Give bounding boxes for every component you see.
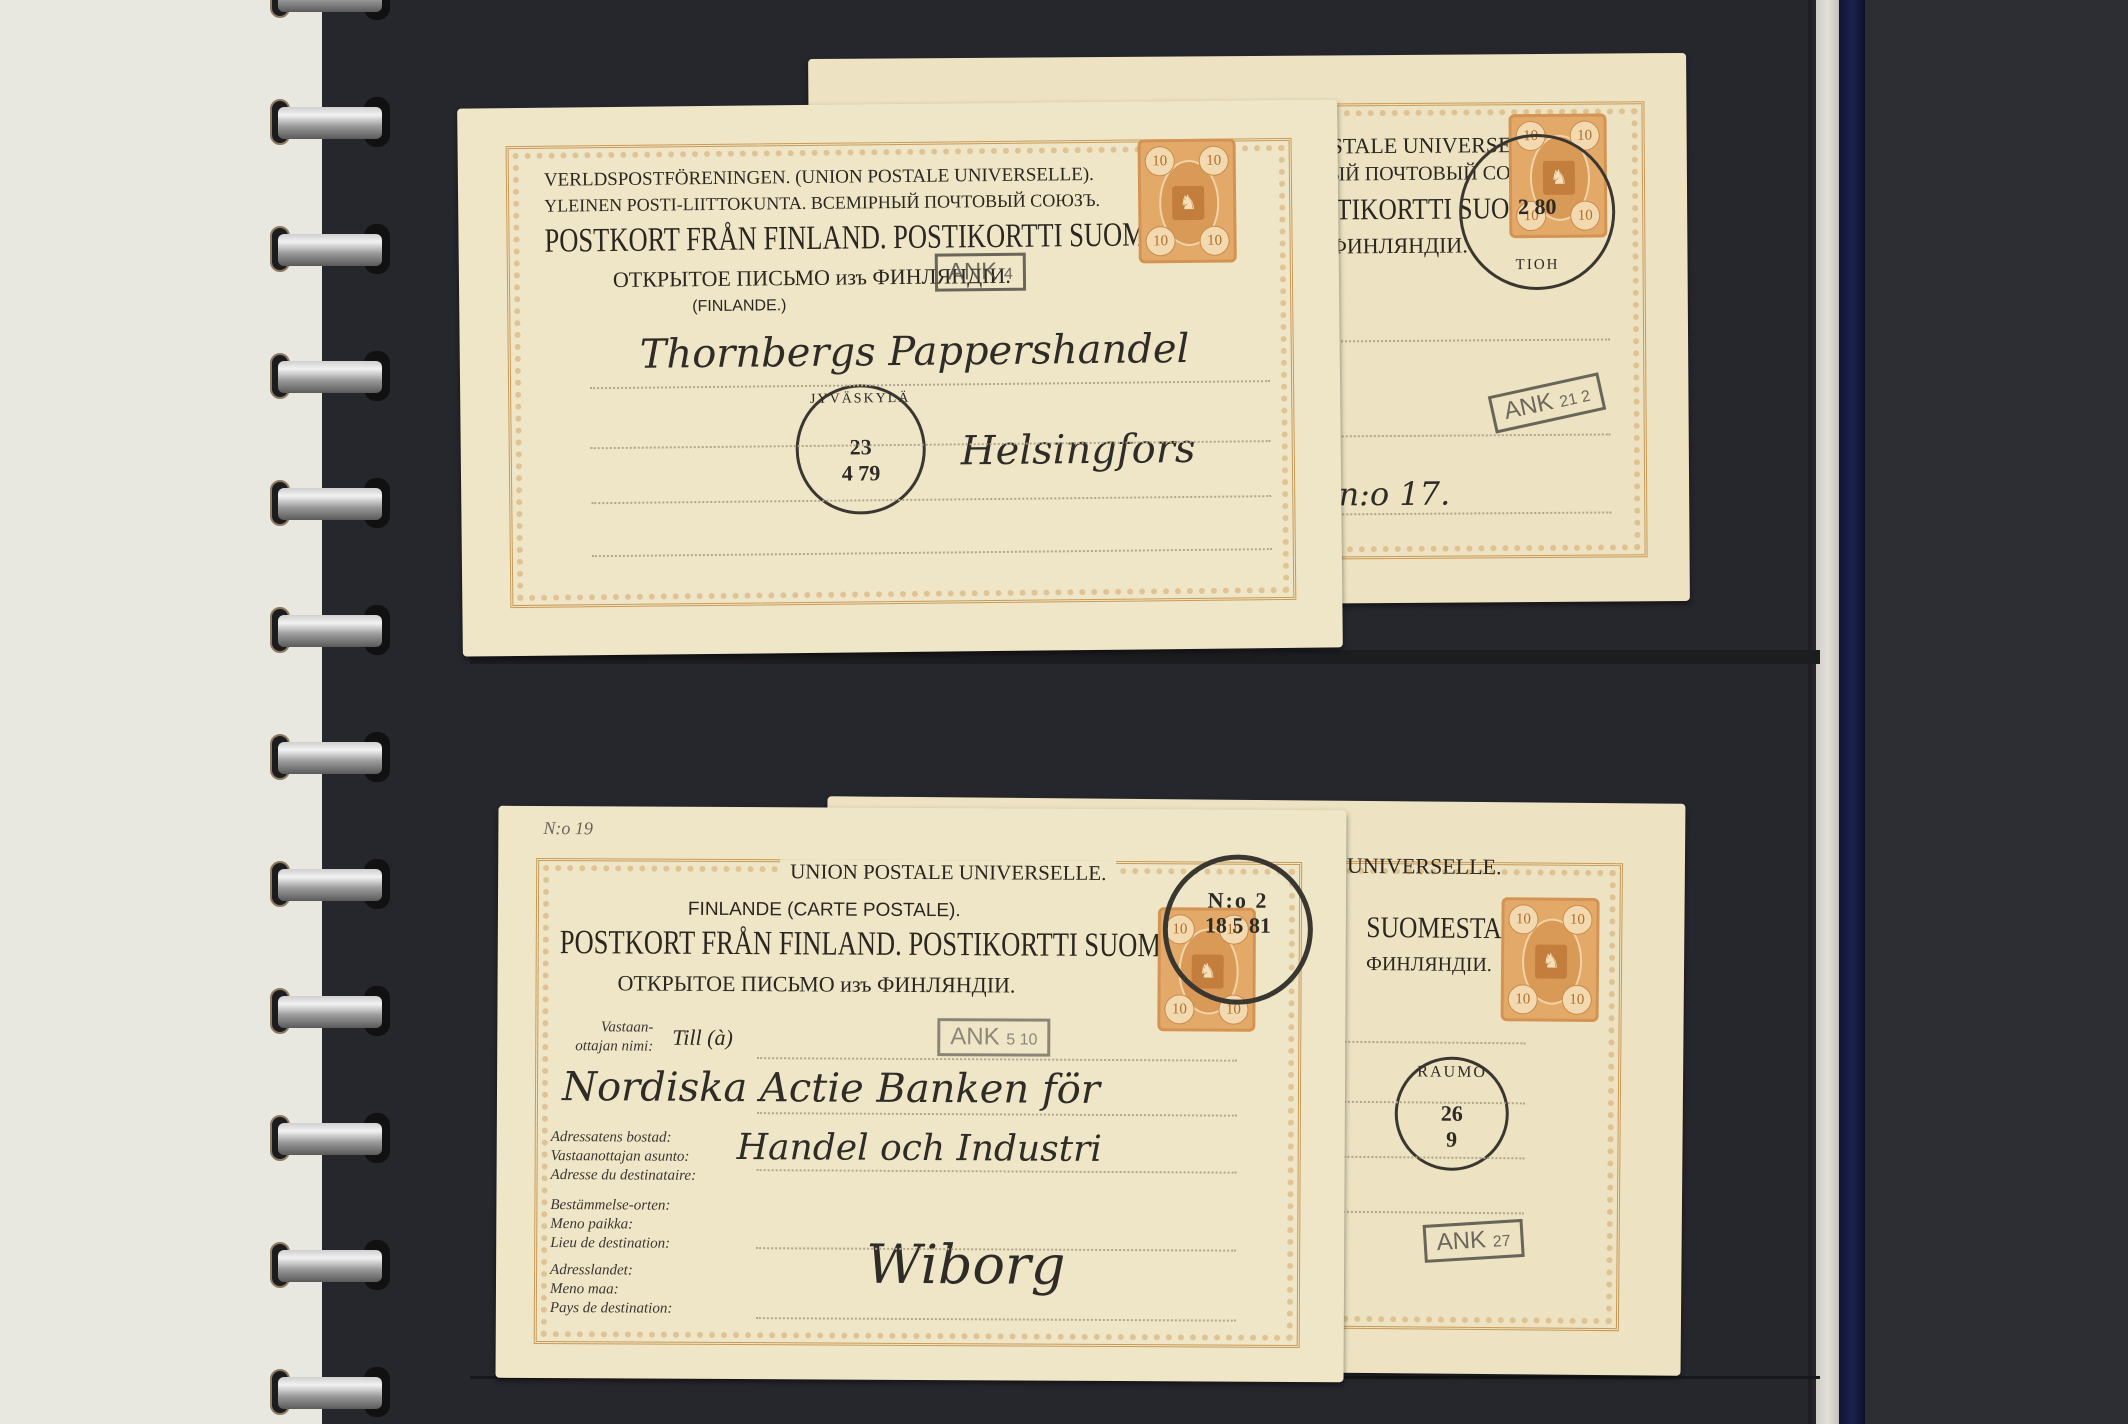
card-header: UNIVERSELLE. <box>1347 853 1502 880</box>
postmark-railway: TIOH 2 80 <box>1459 133 1616 290</box>
card-russian-title: ФИНЛЯНДІИ. <box>1366 953 1492 977</box>
binder-ring <box>270 488 390 522</box>
lion-coat-of-arms-icon: ♞ <box>1172 186 1204 220</box>
album-binding-navy-strip <box>1839 0 1865 1424</box>
binder-ring <box>270 869 390 903</box>
postcard-top-front: VERLDSPOSTFÖRENINGEN. (UNION POSTALE UNI… <box>457 99 1343 656</box>
handwriting-city: Helsingfors <box>961 426 1196 474</box>
address-labels: Adressatens bostad: Vastaanottajan asunt… <box>551 1128 697 1186</box>
card-header-french: FINLANDE (CARTE POSTALE). <box>688 899 961 922</box>
till-label: Till (à) <box>672 1025 733 1051</box>
postcard-bottom-front: N:o 19 UNION POSTALE UNIVERSELLE. FINLAN… <box>496 806 1347 1382</box>
album-cover <box>1865 0 2128 1424</box>
ank-box-mark: ANK 27 <box>1423 1219 1525 1263</box>
handwriting-addressee: Thornbergs Pappershandel <box>640 326 1190 378</box>
corner-note: N:o 19 <box>543 818 593 839</box>
binder-ring <box>270 742 390 776</box>
binder-ring <box>270 1250 390 1284</box>
left-album-page <box>0 0 328 1424</box>
card-title: POSTKORT FRÅN FINLAND. POSTIKORTTI SUOME… <box>560 924 1232 966</box>
destination-labels: Bestämmelse-orten: Meno paikka: Lieu de … <box>550 1196 670 1254</box>
binder-ring <box>270 1377 390 1411</box>
binder-ring <box>270 615 390 649</box>
binder-ring <box>270 1123 390 1157</box>
postmark-railway-postkupe: N:o 2 18 5 81 <box>1162 854 1313 1005</box>
card-subtitle: (FINLANDE.) <box>692 297 786 316</box>
card-title: POSTKORT FRÅN FINLAND. POSTIKORTTI SUOME… <box>544 216 1216 261</box>
lion-coat-of-arms-icon: ♞ <box>1535 944 1567 978</box>
binder-ring <box>270 234 390 268</box>
ank-box-mark: ANK 4 <box>935 253 1026 292</box>
country-labels: Adresslandet: Meno maa: Pays de destinat… <box>550 1261 673 1319</box>
postmark-jyvaskyla: JYVÄSKYLÄ 234 79 <box>795 384 926 515</box>
card-title: SUOMESTA. <box>1366 911 1508 946</box>
handwriting-city: Wiborg <box>866 1233 1066 1297</box>
ank-box-mark: ANK 5 10 <box>937 1018 1050 1057</box>
binder-ring <box>270 996 390 1030</box>
binder-ring <box>270 0 390 14</box>
card-header: UNION POSTALE UNIVERSELLE. <box>780 859 1116 886</box>
handwriting-bank-name: Nordiska Actie Banken för <box>562 1064 1100 1113</box>
binder-ring <box>270 107 390 141</box>
page-edge <box>1808 0 1812 1424</box>
card-russian-title: ФИНЛЯНДІИ. <box>1329 232 1468 259</box>
postmark-raumo: RAUMO 269 <box>1394 1056 1509 1171</box>
recipient-label: Vastaan- ottajan nimi: <box>551 1018 653 1057</box>
postage-stamp: ♞ 10 10 10 10 <box>1138 138 1237 263</box>
postage-stamp: ♞ 10 10 10 10 <box>1501 897 1600 1022</box>
card-russian-title: ОТКРЫТОЕ ПИСЬМО изъ ФИНЛЯНДІИ. <box>618 970 1016 998</box>
album-binding-light-strip <box>1816 0 1840 1424</box>
binder-ring <box>270 361 390 395</box>
handwriting-street: Handel och Industri <box>737 1127 1102 1170</box>
